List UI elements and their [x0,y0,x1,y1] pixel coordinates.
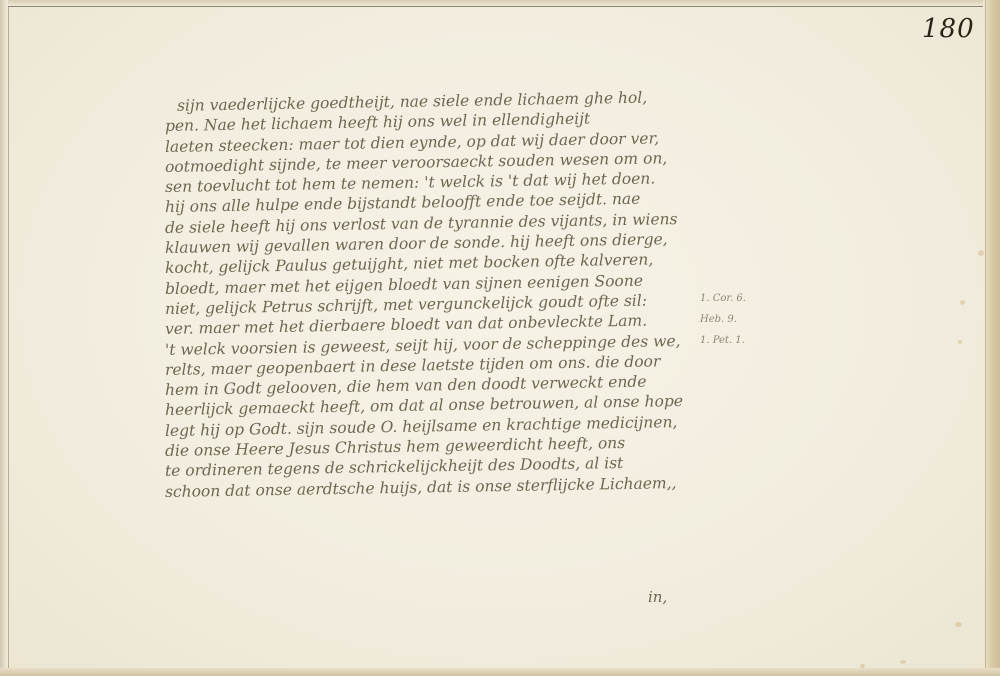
manuscript-page: 180 sijn vaederlijcke goedtheijt, nae si… [0,0,1000,676]
bottom-page-edge [0,668,1000,676]
right-page-edge [985,0,1000,676]
margin-note: 1. Pet. 1. [700,330,746,351]
margin-note: Heb. 9. [700,309,746,330]
binding-edge [0,0,9,676]
foxing-stain [860,664,865,668]
foxing-stain [958,340,962,344]
foxing-stain [900,660,906,664]
top-page-edge [8,0,983,7]
margin-note: 1. Cor. 6. [700,288,746,309]
folio-number: 180 [922,14,975,44]
catchword: in, [648,588,667,606]
manuscript-text-block: sijn vaederlijcke goedtheijt, nae siele … [165,96,695,502]
foxing-stain [955,622,962,627]
foxing-stain [978,250,984,256]
margin-references: 1. Cor. 6. Heb. 9. 1. Pet. 1. [700,288,746,351]
foxing-stain [960,300,965,305]
